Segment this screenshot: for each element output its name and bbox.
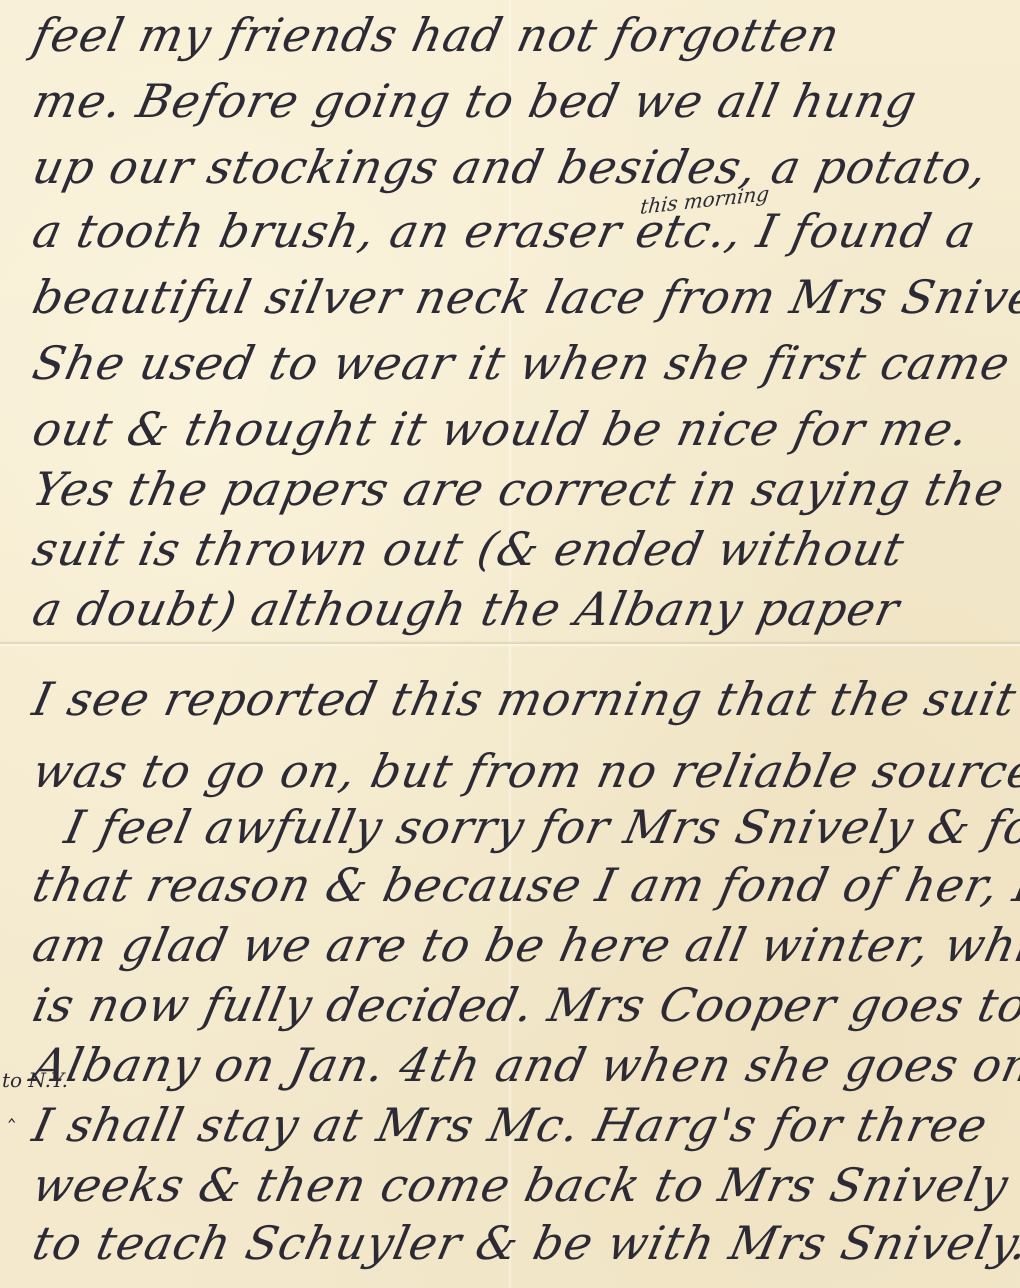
letter-line-9: suit is thrown out (& ended without (28, 522, 909, 576)
letter-line-4: a tooth brush, an eraser etc., I found a (28, 204, 981, 258)
letter-line-1: feel my friends had not forgotten (28, 8, 845, 62)
letter-line-14: that reason & because I am fond of her, … (28, 858, 1020, 912)
letter-line-17: Albany on Jan. 4th and when she goes on (28, 1038, 1020, 1092)
letter-line-5: beautiful silver neck lace from Mrs Sniv… (28, 270, 1020, 324)
letter-page: feel my friends had not forgotten me. Be… (0, 0, 1020, 1288)
margin-insertion: to N.Y. (2, 1068, 68, 1092)
letter-line-13: I feel awfully sorry for Mrs Snively & f… (60, 800, 1020, 854)
letter-line-18: I shall stay at Mrs Mc. Harg's for three (28, 1098, 993, 1152)
letter-line-8: Yes the papers are correct in saying the (28, 462, 1010, 516)
letter-line-10: a doubt) although the Albany paper (28, 582, 905, 636)
letter-line-12: was to go on, but from no reliable sourc… (28, 744, 1020, 798)
letter-line-6: She used to wear it when she first came (28, 336, 1015, 390)
letter-line-19: weeks & then come back to Mrs Snively (28, 1158, 1013, 1212)
insertion-caret-mark: ‸ (8, 1098, 15, 1123)
letter-line-20: to teach Schuyler & be with Mrs Snively. (28, 1216, 1020, 1270)
horizontal-fold-crease (0, 641, 1020, 647)
letter-line-2: me. Before going to bed we all hung (28, 74, 922, 128)
letter-line-3: up our stockings and besides, a potato, (28, 140, 993, 194)
letter-line-15: am glad we are to be here all winter, wh… (28, 918, 1020, 972)
letter-line-7: out & thought it would be nice for me. (28, 402, 974, 456)
letter-line-11: I see reported this morning that the sui… (28, 672, 1020, 726)
letter-line-16: is now fully decided. Mrs Cooper goes to (28, 978, 1020, 1032)
